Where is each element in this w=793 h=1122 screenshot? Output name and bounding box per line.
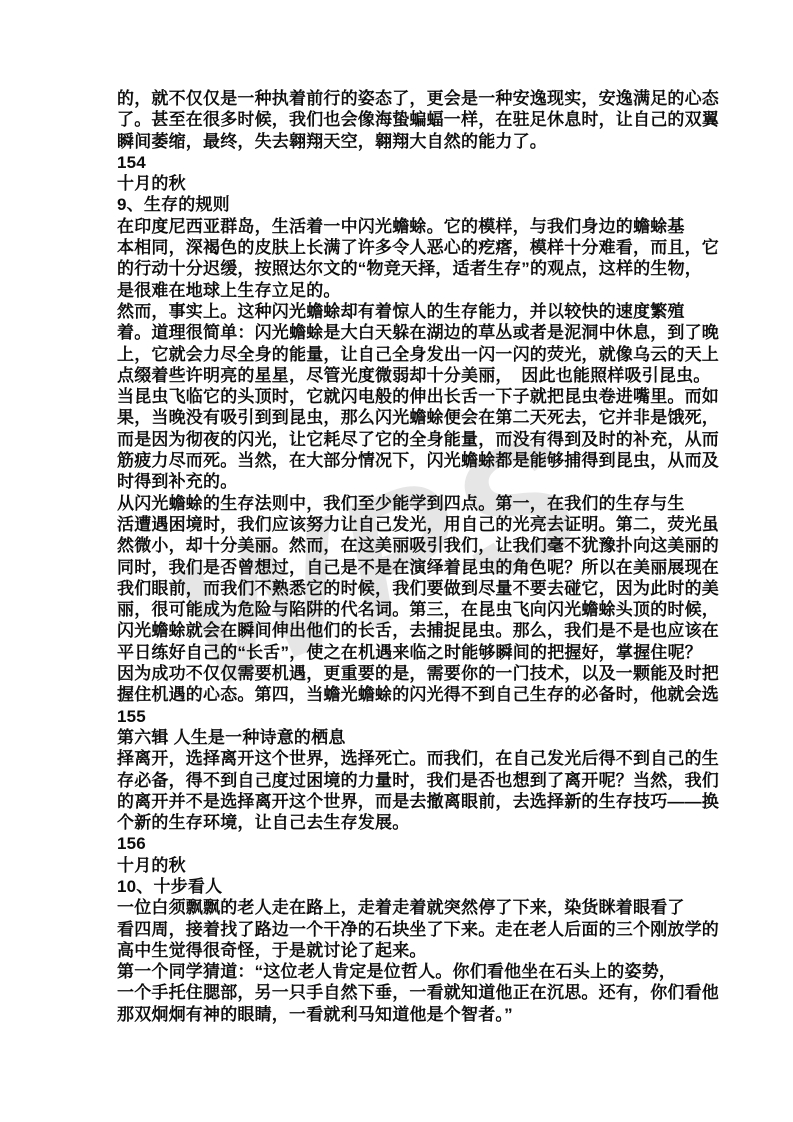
text-line: 154 bbox=[117, 152, 683, 173]
text-line: 筋疲力尽而死。当然，在大部分情况下，闪光蟾蜍都是能够捕得到昆虫，从而及 bbox=[117, 450, 683, 471]
text-line: 十月的秋 bbox=[117, 855, 683, 876]
text-line: 活遭遇困境时，我们应该努力让自己发光，用自己的光亮去证明。第二，荧光虽 bbox=[117, 514, 683, 535]
text-line: 握住机遇的心态。第四，当蟾光蟾蜍的闪光得不到自己生存的必备时，他就会选 bbox=[117, 684, 683, 705]
text-line: 存必备，得不到自己度过困境的力量时，我们是否也想到了离开呢？当然，我们 bbox=[117, 770, 683, 791]
text-line: 同时，我们是否曾想过，自己是不是在演绎着昆虫的角色呢？所以在美丽展现在 bbox=[117, 557, 683, 578]
text-line: 而是因为彻夜的闪光，让它耗尽了它的全身能量，而没有得到及时的补充，从而 bbox=[117, 429, 683, 450]
text-line: 平日练好自己的“长舌”，使之在机遇来临之时能够瞬间的把握好，掌握住呢？ bbox=[117, 642, 683, 663]
text-line: 然微小，却十分美丽。然而，在这美丽吸引我们，让我们毫不犹豫扑向这美丽的 bbox=[117, 535, 683, 556]
text-line: 丽，很可能成为危险与陷阱的代名词。第三，在昆虫飞向闪光蟾蜍头顶的时候， bbox=[117, 599, 683, 620]
text-line: 上，它就会力尽全身的能量，让自己全身发出一闪一闪的荧光，就像乌云的天上 bbox=[117, 344, 683, 365]
text-line: 155 bbox=[117, 706, 683, 727]
text-line: 闪光蟾蜍就会在瞬间伸出他们的长舌，去捕捉昆虫。那么，我们是不是也应该在 bbox=[117, 620, 683, 641]
text-line: 因为成功不仅仅需要机遇，更重要的是，需要你的一门技术，以及一颗能及时把 bbox=[117, 663, 683, 684]
text-line: 择离开，选择离开这个世界，选择死亡。而我们，在自己发光后得不到自己的生 bbox=[117, 748, 683, 769]
text-line: 的行动十分迟缓，按照达尔文的“物竞天择，适者生存”的观点，这样的生物， bbox=[117, 258, 683, 279]
text-line: 从闪光蟾蜍的生存法则中，我们至少能学到四点。第一，在我们的生存与生 bbox=[117, 493, 683, 514]
text-line: 一位白须飘飘的老人走在路上，走着走着就突然停了下来，染货眯着眼看了 bbox=[117, 897, 683, 918]
text-line: 本相同，深褐色的皮肤上长满了许多令人恶心的疙瘩，模样十分难看，而且，它 bbox=[117, 237, 683, 258]
text-line: 第一个同学猜道：“这位老人肯定是位哲人。你们看他坐在石头上的姿势， bbox=[117, 961, 683, 982]
text-line: 十月的秋 bbox=[117, 173, 683, 194]
document-page: WPS 的，就不仅仅是一种执着前行的姿态了，更会是一种安逸现实，安逸满足的心态了… bbox=[0, 0, 793, 1122]
text-line: 156 bbox=[117, 833, 683, 854]
text-line: 我们眼前，而我们不熟悉它的时候，我们要做到尽量不要去碰它，因为此时的美 bbox=[117, 578, 683, 599]
text-line: 一个手托住腮部，另一只手自然下垂，一看就知道他正在沉思。还有，你们看他 bbox=[117, 982, 683, 1003]
text-line: 了。甚至在很多时候，我们也会像海蛰蝙蝠一样，在驻足休息时，让自己的双翼 bbox=[117, 109, 683, 130]
text-line: 个新的生存环境，让自己去生存发展。 bbox=[117, 812, 683, 833]
text-line: 高中生觉得很奇怪，于是就讨论了起来。 bbox=[117, 940, 683, 961]
text-line: 着。道理很简单：闪光蟾蜍是大白天躲在湖边的草丛或者是泥洞中休息，到了晚 bbox=[117, 322, 683, 343]
text-line: 第六辑 人生是一种诗意的栖息 bbox=[117, 727, 683, 748]
text-line: 的，就不仅仅是一种执着前行的姿态了，更会是一种安逸现实，安逸满足的心态 bbox=[117, 88, 683, 109]
text-line: 在印度尼西亚群岛，生活着一中闪光蟾蜍。它的模样，与我们身边的蟾蜍基 bbox=[117, 216, 683, 237]
text-line: 然而，事实上。这种闪光蟾蜍却有着惊人的生存能力，并以较快的速度繁殖 bbox=[117, 301, 683, 322]
text-line: 9、生存的规则 bbox=[117, 194, 683, 215]
text-line: 10、十步看人 bbox=[117, 876, 683, 897]
text-line: 看四周，接着找了路边一个干净的石块坐了下来。走在老人后面的三个刚放学的 bbox=[117, 919, 683, 940]
text-line: 是很难在地球上生存立足的。 bbox=[117, 280, 683, 301]
text-line: 的离开并不是选择离开这个世界，而是去撤离眼前，去选择新的生存技巧——换 bbox=[117, 791, 683, 812]
text-line: 点缀着些许明亮的星星，尽管光度微弱却十分美丽， 因此也能照样吸引昆虫。 bbox=[117, 365, 683, 386]
text-line: 果，当晚没有吸引到到昆虫，那么闪光蟾蜍便会在第二天死去，它并非是饿死， bbox=[117, 407, 683, 428]
text-line: 时得到补充的。 bbox=[117, 471, 683, 492]
text-line: 瞬间萎缩，最终，失去翱翔天空，翱翔大自然的能力了。 bbox=[117, 131, 683, 152]
text-line: 当昆虫飞临它的头顶时，它就闪电般的伸出长舌一下子就把昆虫卷进嘴里。而如 bbox=[117, 386, 683, 407]
text-block: 的，就不仅仅是一种执着前行的姿态了，更会是一种安逸现实，安逸满足的心态了。甚至在… bbox=[117, 88, 683, 1025]
text-line: 那双炯炯有神的眼睛，一看就利马知道他是个智者。” bbox=[117, 1004, 683, 1025]
